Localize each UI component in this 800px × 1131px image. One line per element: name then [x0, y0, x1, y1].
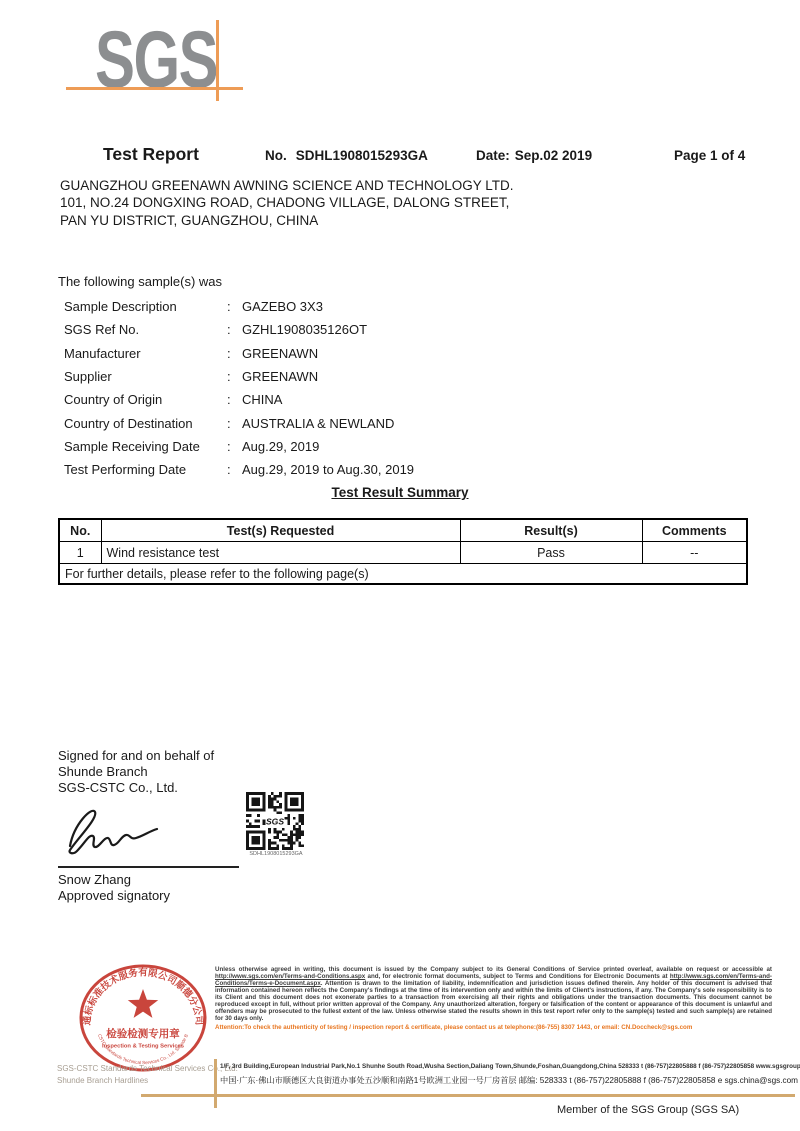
- sample-field-label: Sample Receiving Date: [64, 439, 227, 454]
- table-header-row: No. Test(s) Requested Result(s) Comments: [59, 519, 747, 542]
- client-address-block: GUANGZHOU GREENAWN AWNING SCIENCE AND TE…: [60, 177, 514, 229]
- disclaimer-text: and, for electronic format documents, su…: [365, 973, 670, 980]
- branch-line: Shunde Branch: [58, 764, 214, 780]
- footer-address-chinese: 中国·广东·佛山市顺德区大良街道办事处五沙顺和南路1号欧洲工业园一号厂房首层 邮…: [220, 1075, 798, 1086]
- signed-for-line: Signed for and on behalf of: [58, 748, 214, 764]
- sample-field-value: GAZEBO 3X3: [242, 299, 323, 314]
- sample-field-row: Country of Origin:CHINA: [64, 388, 414, 411]
- sample-field-row: Supplier:GREENAWN: [64, 365, 414, 388]
- sample-field-label: Supplier: [64, 369, 227, 384]
- footer-address-english: 1/F, 3rd Building,European Industrial Pa…: [220, 1063, 800, 1070]
- sample-field-row: SGS Ref No.:GZHL1908035126OT: [64, 318, 414, 341]
- stamp-center-text-en: Inspection & Testing Services: [102, 1044, 184, 1050]
- report-number-value: SDHL1908015293GA: [296, 148, 428, 163]
- col-header-comments: Comments: [642, 519, 747, 542]
- footer-attention: Attention:To check the authenticity of t…: [215, 1024, 772, 1031]
- sample-field-row: Sample Description:GAZEBO 3X3: [64, 295, 414, 318]
- qr-code-caption: SDHL1908015293GA: [238, 851, 314, 857]
- sample-field-value: GREENAWN: [242, 369, 318, 384]
- sample-field-value: GREENAWN: [242, 346, 318, 361]
- cell-comments: --: [642, 542, 747, 564]
- footer-disclaimer: Unless otherwise agreed in writing, this…: [215, 966, 772, 1022]
- footer-orange-horizontal-line: [141, 1094, 795, 1097]
- report-date-value: Sep.02 2019: [515, 148, 592, 163]
- table-row: 1 Wind resistance test Pass --: [59, 542, 747, 564]
- stamp-caption-line: SGS-CSTC Standards Technical Services Co…: [57, 1063, 238, 1075]
- sample-field-value: Aug.29, 2019: [242, 439, 319, 454]
- signature-block: Signed for and on behalf of Shunde Branc…: [58, 748, 214, 795]
- svg-text:SGS: SGS: [266, 816, 284, 826]
- test-report-page: SGS Test Report No.SDHL1908015293GA Date…: [0, 0, 800, 1131]
- disclaimer-text: Unless otherwise agreed in writing, this…: [215, 966, 772, 973]
- signatory-name: Snow Zhang: [58, 872, 131, 887]
- handwritten-signature: [60, 802, 190, 864]
- test-result-summary-table: No. Test(s) Requested Result(s) Comments…: [58, 518, 748, 585]
- col-header-no: No.: [59, 519, 101, 542]
- sample-field-row: Country of Destination:AUSTRALIA & NEWLA…: [64, 411, 414, 434]
- stamp-center-text-cn: 检验检测专用章: [106, 1027, 180, 1040]
- signatory-role: Approved signatory: [58, 888, 170, 903]
- page-indicator: Page 1 of 4: [674, 148, 745, 163]
- table-note-row: For further details, please refer to the…: [59, 564, 747, 585]
- stamp-caption-line: Shunde Branch Hardlines: [57, 1075, 238, 1087]
- client-address-line: GUANGZHOU GREENAWN AWNING SCIENCE AND TE…: [60, 177, 514, 194]
- signature-rule: [58, 866, 239, 868]
- report-number: No.SDHL1908015293GA: [265, 148, 428, 163]
- footer-orange-vertical-line: [214, 1059, 217, 1108]
- qr-code-svg: SGS: [246, 792, 304, 850]
- sample-field-value: Aug.29, 2019 to Aug.30, 2019: [242, 462, 414, 477]
- table-footer-note: For further details, please refer to the…: [59, 564, 747, 585]
- client-address-line: 101, NO.24 DONGXING ROAD, CHADONG VILLAG…: [60, 194, 514, 211]
- member-of-sgs-group-text: Member of the SGS Group (SGS SA): [557, 1104, 739, 1116]
- sample-field-row: Test Performing Date:Aug.29, 2019 to Aug…: [64, 458, 414, 481]
- sample-field-value: AUSTRALIA & NEWLAND: [242, 416, 394, 431]
- company-stamp: 通标标准技术服务有限公司顺德分公司 检验检测专用章 Inspection & T…: [76, 962, 210, 1078]
- company-line: SGS-CSTC Co., Ltd.: [58, 780, 214, 796]
- sample-field-value: GZHL1908035126OT: [242, 322, 367, 337]
- sample-info-list: Sample Description:GAZEBO 3X3 SGS Ref No…: [64, 295, 414, 481]
- sample-field-label: SGS Ref No.: [64, 322, 227, 337]
- sample-field-label: Country of Origin: [64, 392, 227, 407]
- logo-orange-vertical-line: [216, 20, 219, 101]
- footer-legal-block: Unless otherwise agreed in writing, this…: [215, 966, 772, 1031]
- report-title: Test Report: [103, 144, 199, 165]
- sample-field-label: Manufacturer: [64, 346, 227, 361]
- sample-intro-text: The following sample(s) was: [58, 274, 222, 289]
- sample-field-row: Manufacturer:GREENAWN: [64, 342, 414, 365]
- sample-field-row: Sample Receiving Date:Aug.29, 2019: [64, 435, 414, 458]
- col-header-tests-requested: Test(s) Requested: [101, 519, 460, 542]
- sample-field-label: Country of Destination: [64, 416, 227, 431]
- sample-field-value: CHINA: [242, 392, 282, 407]
- stamp-caption: SGS-CSTC Standards Technical Services Co…: [57, 1063, 238, 1086]
- report-date-label: Date:: [476, 148, 510, 163]
- stamp-star-icon: [128, 989, 158, 1018]
- client-address-line: PAN YU DISTRICT, GUANGZHOU, CHINA: [60, 212, 514, 229]
- test-result-summary-title: Test Result Summary: [0, 485, 800, 500]
- sample-field-label: Sample Description: [64, 299, 227, 314]
- cell-test-requested: Wind resistance test: [101, 542, 460, 564]
- disclaimer-link-text: http://www.sgs.com/en/Terms-and-Conditio…: [215, 973, 365, 980]
- sample-field-label: Test Performing Date: [64, 462, 227, 477]
- col-header-results: Result(s): [460, 519, 642, 542]
- report-number-label: No.: [265, 148, 287, 163]
- cell-result: Pass: [460, 542, 642, 564]
- cell-no: 1: [59, 542, 101, 564]
- report-date: Date:Sep.02 2019: [476, 148, 592, 163]
- disclaimer-text: . Attention is drawn to the limitation o…: [215, 980, 772, 1022]
